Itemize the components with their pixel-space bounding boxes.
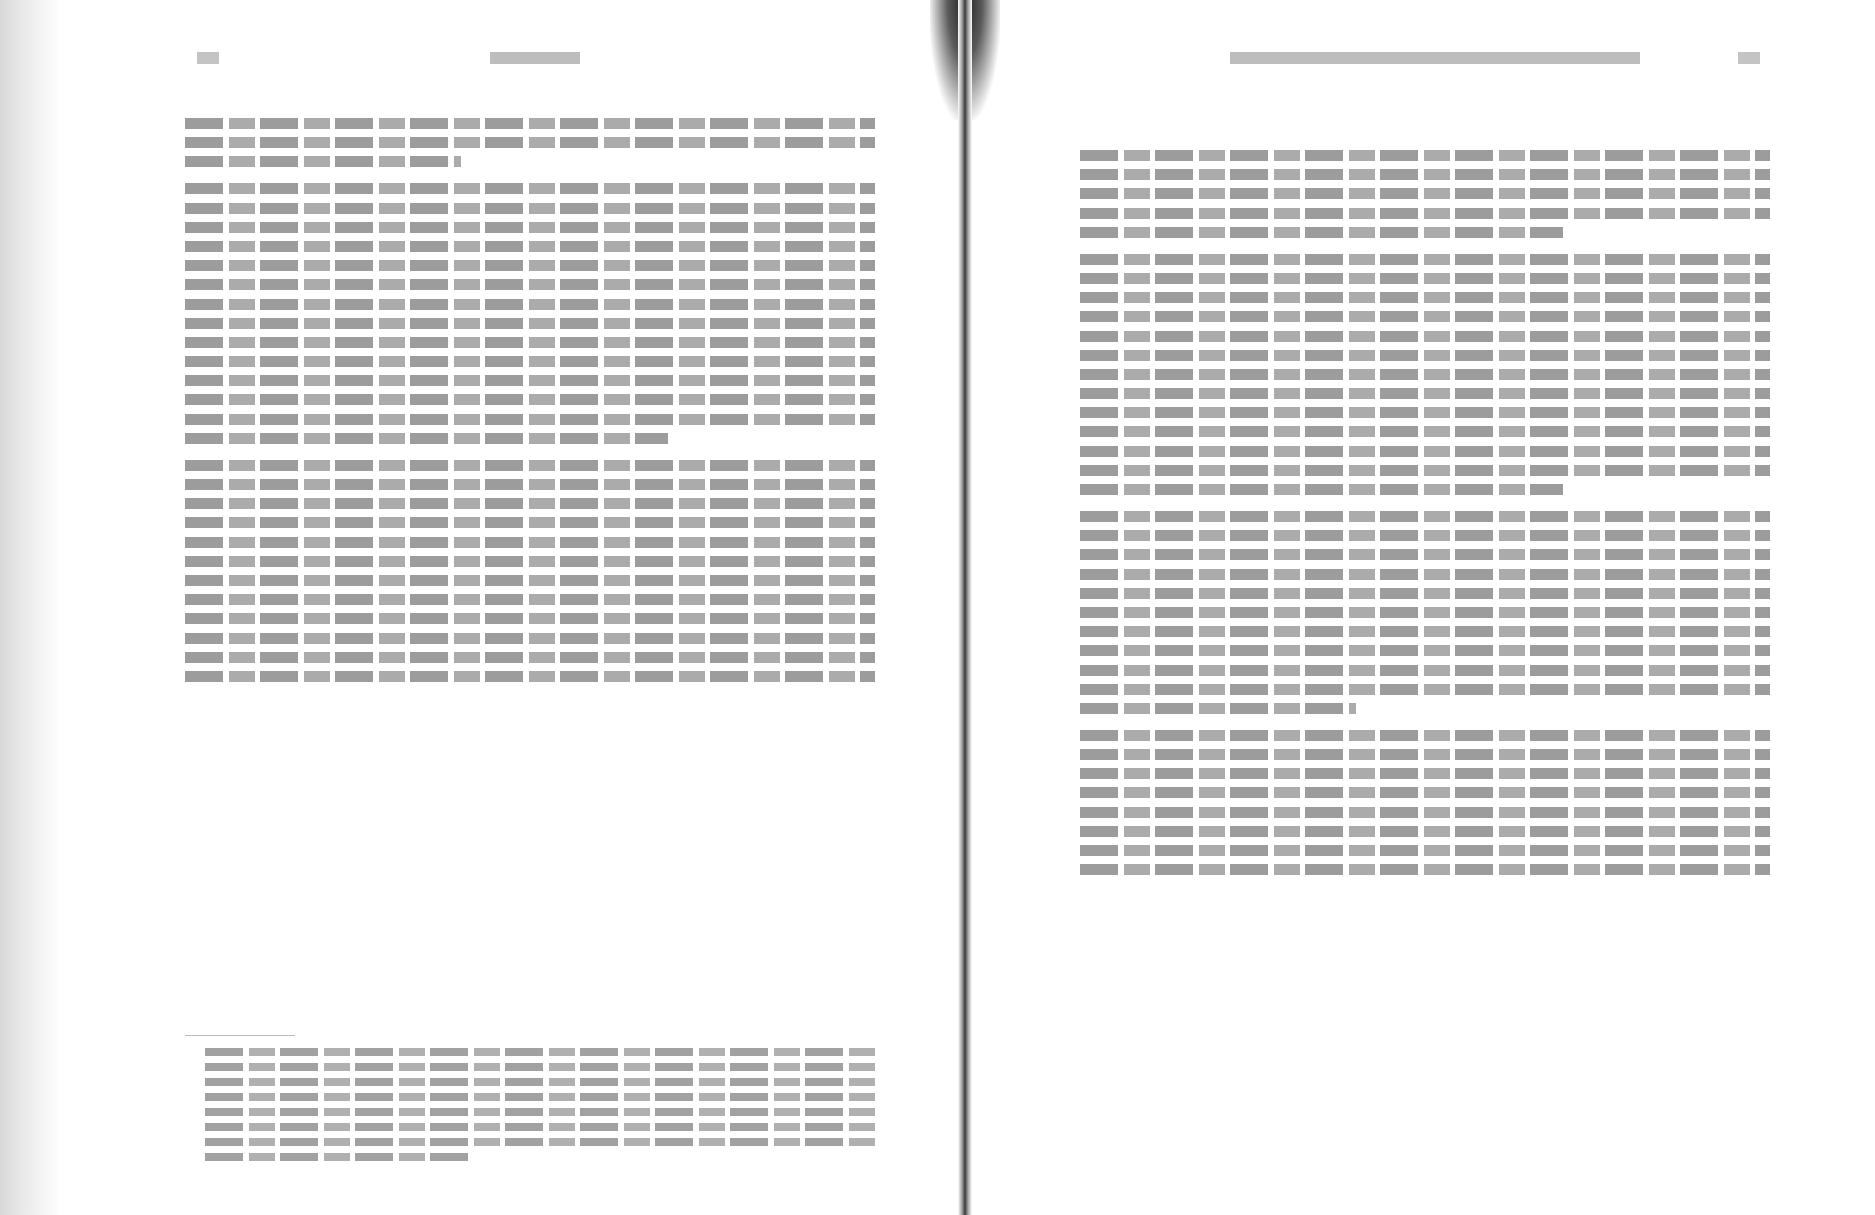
right-body-text: [1080, 150, 1770, 891]
footnote-rule: [185, 1035, 295, 1036]
left-body-text: [185, 118, 875, 698]
left-page-number: [197, 52, 219, 64]
left-running-head: [185, 52, 875, 66]
footnotes: [205, 1048, 875, 1168]
left-running-title: [490, 52, 580, 64]
right-page-number: [1738, 52, 1760, 64]
paragraph: [185, 460, 875, 682]
right-running-title: [1230, 52, 1640, 64]
right-page: [1080, 0, 1770, 1215]
paragraph: [1080, 254, 1770, 495]
right-running-head: [1080, 52, 1770, 66]
paragraph: [1080, 511, 1770, 714]
left-page: [185, 0, 875, 1215]
book-gutter: [958, 0, 972, 1215]
paragraph: [185, 118, 875, 167]
scan-edge-shadow: [0, 0, 60, 1215]
paragraph: [185, 183, 875, 443]
paragraph: [1080, 730, 1770, 875]
paragraph: [1080, 150, 1770, 238]
